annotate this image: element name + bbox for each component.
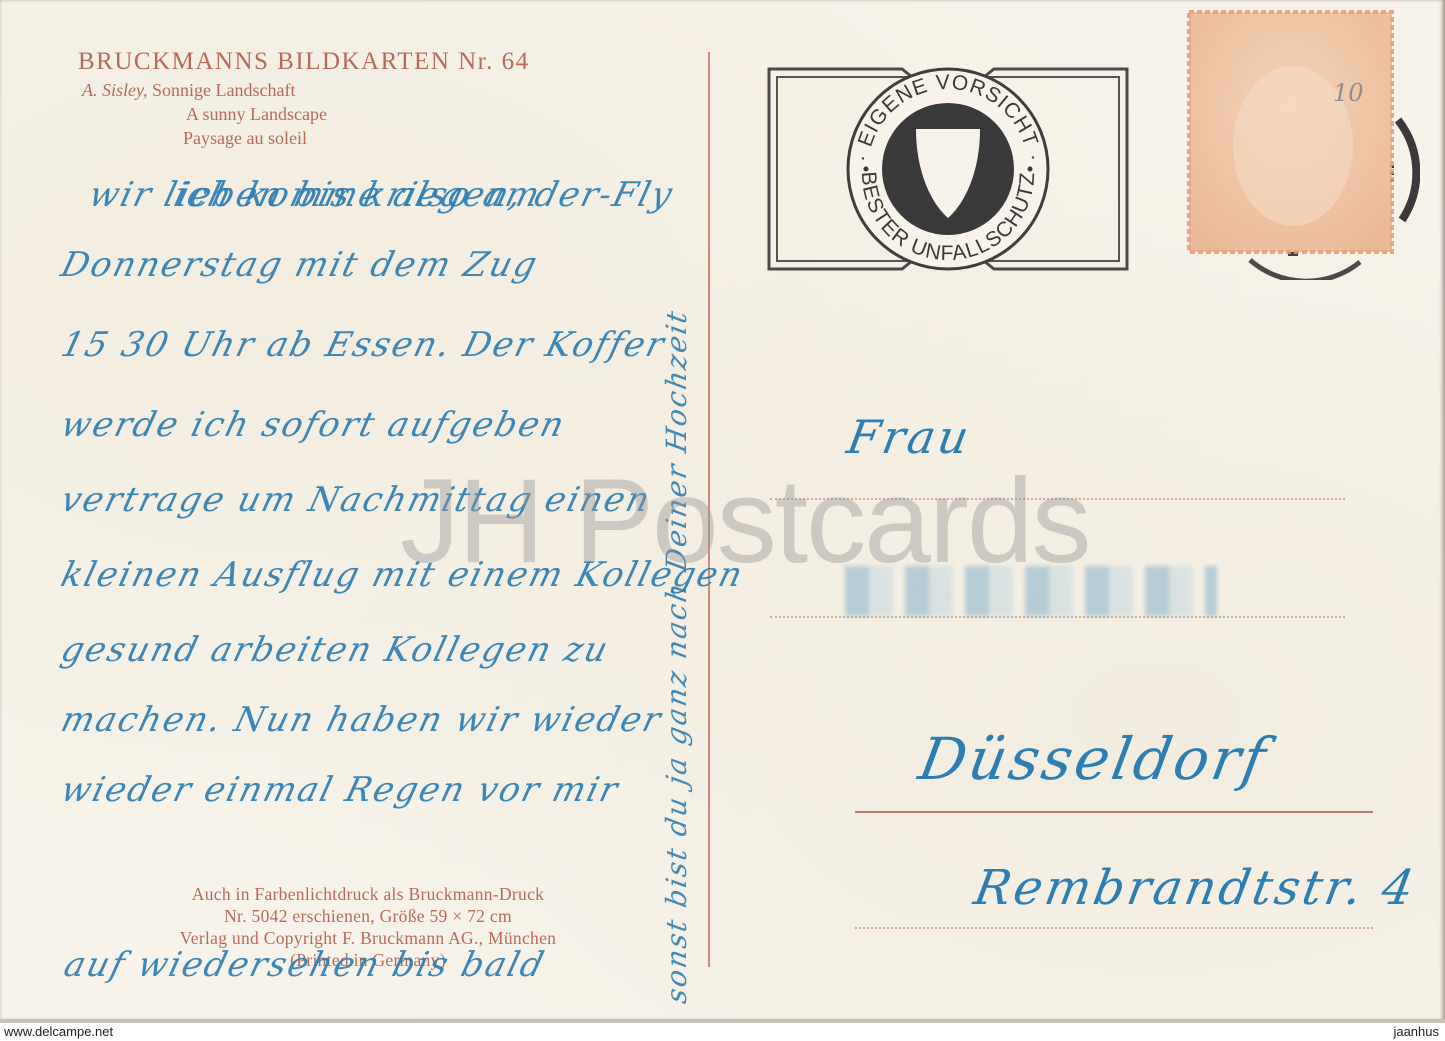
title-fr: Paysage au soleil <box>183 128 307 149</box>
message-line: Donnerstag mit dem Zug <box>57 245 543 285</box>
title-de: Sonnige Landschaft <box>152 80 295 100</box>
watermark: JH Postcards <box>400 452 1090 590</box>
address-city: Düsseldorf <box>914 725 1273 793</box>
artist-name: A. Sisley, <box>82 80 148 100</box>
publisher-footer-line: Nr. 5042 erschienen, Größe 59 × 72 cm <box>98 906 638 927</box>
handwritten-side-note: sonst bist du ja ganz nach Deiner Hochze… <box>660 307 693 1006</box>
series-title: BRUCKMANNS BILDKARTEN Nr. 64 <box>78 48 530 76</box>
message-line: auf wiedersehen bis bald <box>60 945 550 985</box>
message-line: 15 30 Uhr ab Essen. Der Koffer <box>57 325 670 365</box>
message-line: werde ich sofort aufgeben <box>57 405 570 445</box>
card-edge <box>0 1019 1445 1023</box>
address-line <box>855 927 1373 929</box>
postage-stamp: 10 <box>1183 6 1398 258</box>
address-street: Rembrandtstr. 4 <box>970 860 1421 916</box>
address-line <box>770 616 1345 618</box>
message-line: wieder einmal Regen vor mir <box>57 770 624 810</box>
message-line: ich komme also am <box>170 175 545 215</box>
safety-stamp-box: · EIGENE VORSICHT · BESTER UNFALLSCHUTZ <box>766 66 1130 272</box>
artwork-caption: A. Sisley, Sonnige Landschaft <box>82 80 295 101</box>
postcard-back: BRUCKMANNS BILDKARTEN Nr. 64 A. Sisley, … <box>0 0 1445 1022</box>
message-line: machen. Nun haben wir wieder <box>57 700 666 740</box>
title-en: A sunny Landscape <box>186 104 327 125</box>
address-line-city <box>855 811 1373 813</box>
footer-site-link[interactable]: www.delcampe.net <box>4 1024 113 1039</box>
publisher-footer-line: Auch in Farbenlichtdruck als Bruckmann-D… <box>98 884 638 905</box>
stamp-value-note: 10 <box>1333 79 1364 107</box>
message-line: gesund arbeiten Kollegen zu <box>57 630 614 670</box>
footer-seller-name[interactable]: jaanhus <box>1393 1024 1439 1039</box>
